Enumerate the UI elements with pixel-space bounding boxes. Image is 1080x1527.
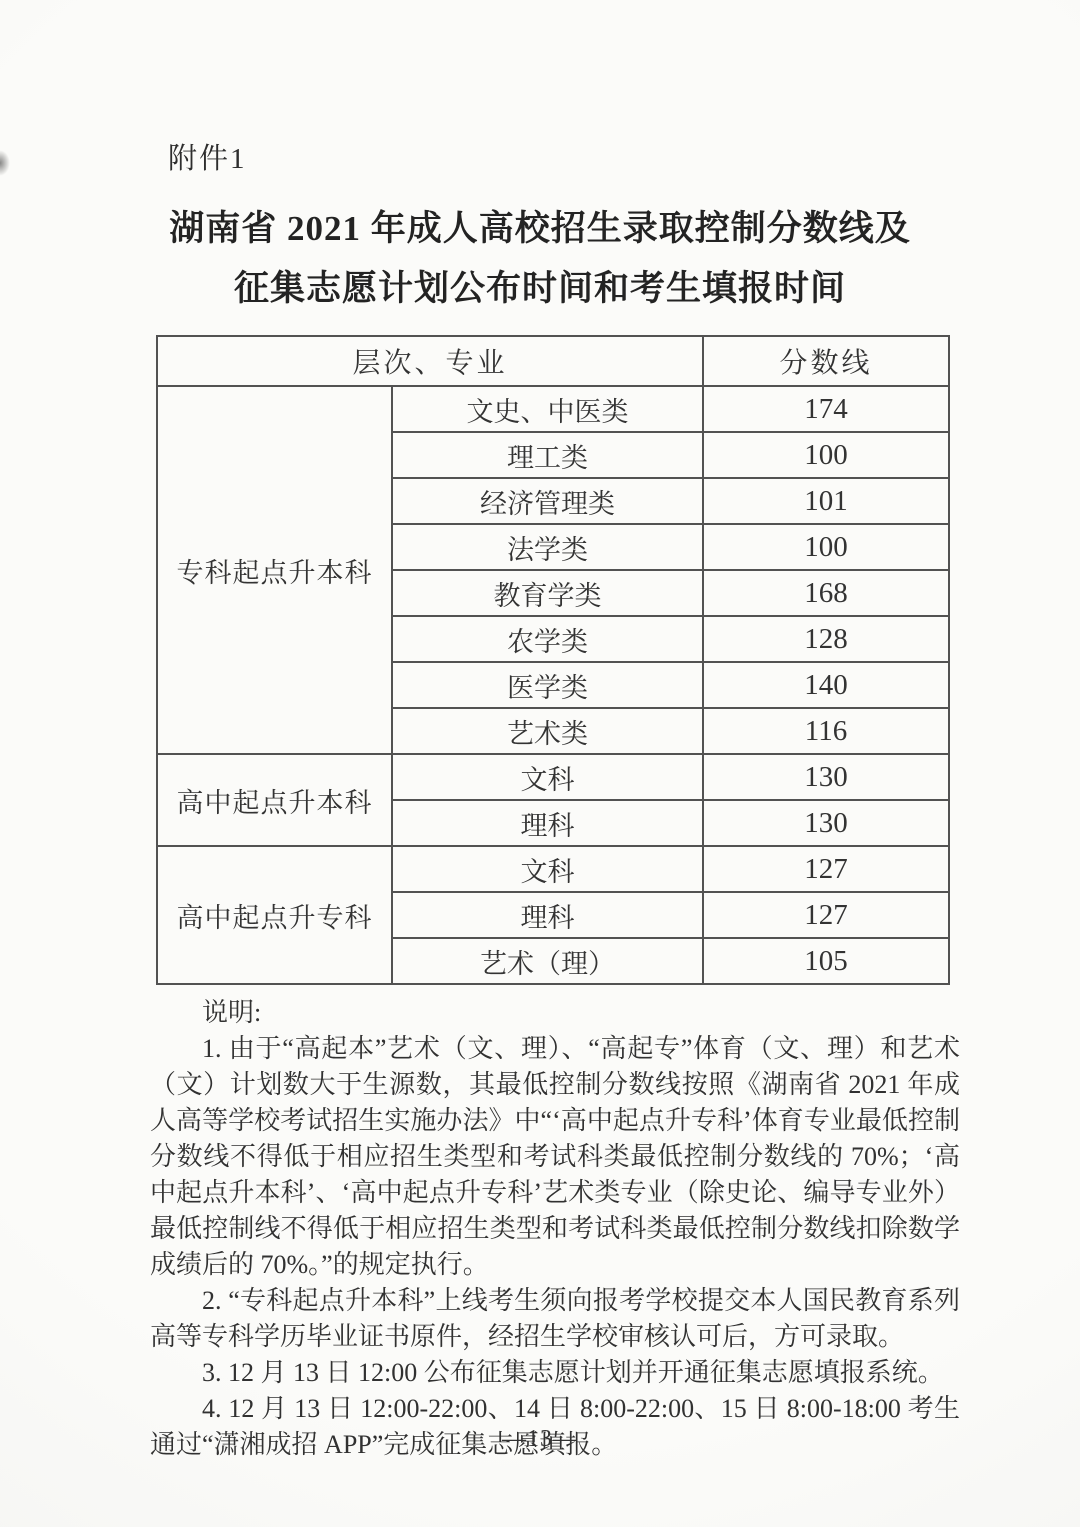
table-row: 高中起点升专科 文科 127 bbox=[157, 846, 949, 892]
document-title-line-1: 湖南省 2021 年成人高校招生录取控制分数线及 bbox=[70, 199, 1010, 259]
column-header-score-line: 分数线 bbox=[703, 336, 949, 386]
score-cell: 127 bbox=[703, 892, 949, 938]
score-cell: 130 bbox=[703, 800, 949, 846]
attachment-label: 附件1 bbox=[168, 136, 1080, 177]
notes-heading: 说明: bbox=[150, 995, 960, 1031]
score-cell: 100 bbox=[703, 432, 949, 478]
major-cell: 法学类 bbox=[392, 524, 703, 570]
table-row: 高中起点升本科 文科 130 bbox=[157, 754, 949, 800]
major-cell: 文史、中医类 bbox=[392, 386, 703, 432]
major-cell: 文科 bbox=[392, 846, 703, 892]
score-cell: 116 bbox=[703, 708, 949, 754]
major-cell: 艺术类 bbox=[392, 708, 703, 754]
score-cell: 127 bbox=[703, 846, 949, 892]
page-number: —13— bbox=[0, 1426, 1080, 1453]
major-cell: 农学类 bbox=[392, 616, 703, 662]
table-row: 专科起点升本科 文史、中医类 174 bbox=[157, 386, 949, 432]
note-item-2: 2. “专科起点升本科”上线考生须向报考学校提交本人国民教育系列高等专科学历毕业… bbox=[150, 1283, 960, 1355]
major-cell: 经济管理类 bbox=[392, 478, 703, 524]
document-page: 附件1 湖南省 2021 年成人高校招生录取控制分数线及 征集志愿计划公布时间和… bbox=[0, 0, 1080, 1527]
major-cell: 理科 bbox=[392, 892, 703, 938]
notes-section: 说明: 1. 由于“高起本”艺术（文、理）、“高起专”体育（文、理）和艺术（文）… bbox=[150, 995, 960, 1463]
level-cell-gaozhong-sheng-benke: 高中起点升本科 bbox=[157, 754, 392, 846]
score-cell: 174 bbox=[703, 386, 949, 432]
score-cell: 100 bbox=[703, 524, 949, 570]
column-header-level-major: 层次、专业 bbox=[157, 336, 703, 386]
score-cell: 168 bbox=[703, 570, 949, 616]
score-cell: 140 bbox=[703, 662, 949, 708]
document-title: 湖南省 2021 年成人高校招生录取控制分数线及 征集志愿计划公布时间和考生填报… bbox=[70, 199, 1010, 319]
note-item-3: 3. 12 月 13 日 12:00 公布征集志愿计划并开通征集志愿填报系统。 bbox=[150, 1355, 960, 1391]
score-cell: 101 bbox=[703, 478, 949, 524]
major-cell: 理科 bbox=[392, 800, 703, 846]
level-cell-gaozhong-sheng-zhuanke: 高中起点升专科 bbox=[157, 846, 392, 984]
major-cell: 医学类 bbox=[392, 662, 703, 708]
major-cell: 理工类 bbox=[392, 432, 703, 478]
score-cell: 128 bbox=[703, 616, 949, 662]
major-cell: 文科 bbox=[392, 754, 703, 800]
score-cell: 105 bbox=[703, 938, 949, 984]
note-item-1: 1. 由于“高起本”艺术（文、理）、“高起专”体育（文、理）和艺术（文）计划数大… bbox=[150, 1031, 960, 1283]
major-cell: 教育学类 bbox=[392, 570, 703, 616]
score-line-table: 层次、专业 分数线 专科起点升本科 文史、中医类 174 理工类 100 经济管… bbox=[156, 335, 950, 985]
table-header-row: 层次、专业 分数线 bbox=[157, 336, 949, 386]
score-cell: 130 bbox=[703, 754, 949, 800]
major-cell: 艺术（理） bbox=[392, 938, 703, 984]
level-cell-zhuanke-sheng-benke: 专科起点升本科 bbox=[157, 386, 392, 754]
document-title-line-2: 征集志愿计划公布时间和考生填报时间 bbox=[70, 259, 1010, 319]
